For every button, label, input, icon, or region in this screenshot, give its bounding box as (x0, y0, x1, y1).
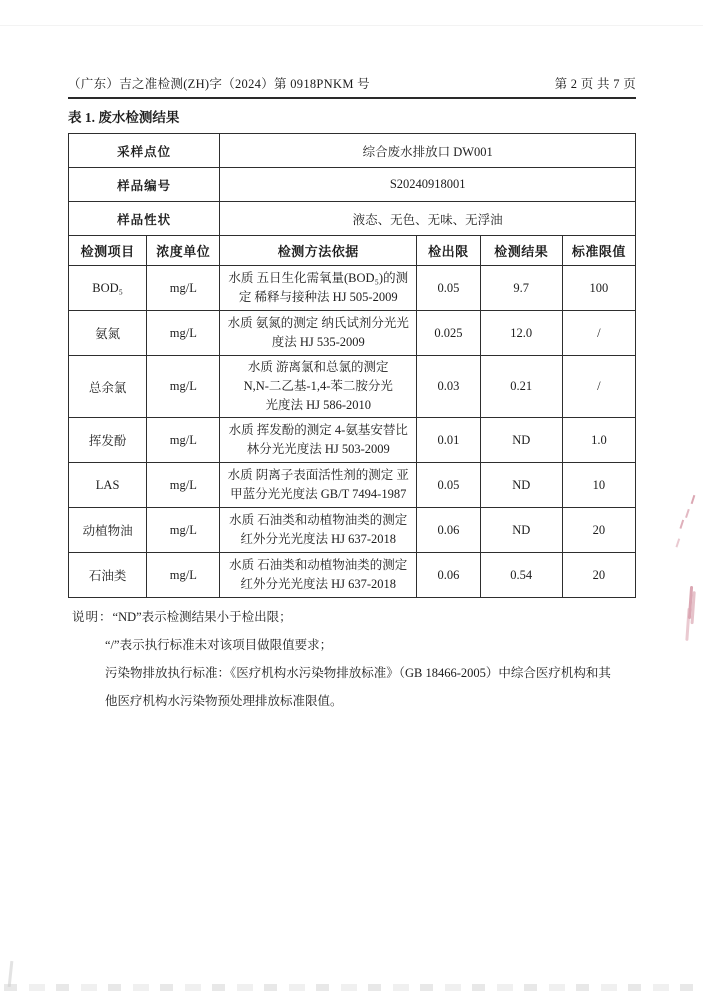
method-cell: 水质 石油类和动植物油类的测定 红外分光光度法 HJ 637-2018 (220, 508, 417, 553)
document-page: （广东）吉之准检测(ZH)字（2024）第 0918PNKM 号 第 2 页 共… (0, 0, 703, 993)
unit-cell: mg/L (147, 508, 220, 553)
note-line: 说明：“ND”表示检测结果小于检出限； (72, 603, 650, 631)
results-table: 采样点位 综合废水排放口 DW001 样品编号 S20240918001 样品性… (68, 133, 636, 598)
method-cell: 水质 游离氯和总氯的测定 N,N-二乙基-1,4-苯二胺分光 光度法 HJ 58… (220, 356, 417, 418)
detection-limit-cell: 0.03 (417, 356, 481, 418)
standard-limit-cell: 20 (562, 553, 635, 598)
result-cell: 0.21 (480, 356, 562, 418)
standard-limit-cell: / (562, 311, 635, 356)
standard-limit-cell: 10 (562, 463, 635, 508)
result-cell: ND (480, 463, 562, 508)
sample-info-row: 样品性状 液态、无色、无味、无浮油 (69, 202, 636, 236)
unit-cell: mg/L (147, 418, 220, 463)
result-cell: 9.7 (480, 266, 562, 311)
method-cell: 水质 石油类和动植物油类的测定 红外分光光度法 HJ 637-2018 (220, 553, 417, 598)
item-cell: 动植物油 (69, 508, 147, 553)
item-cell: BOD₅ (69, 266, 147, 311)
note-line: 污染物排放执行标准：《医疗机构水污染物排放标准》（GB 18466-2005）中… (72, 659, 650, 715)
scan-edge-noise (4, 984, 703, 991)
detection-limit-cell: 0.05 (417, 463, 481, 508)
result-row: 挥发酚 mg/L 水质 挥发酚的测定 4-氨基安替比 林分光光度法 HJ 503… (69, 418, 636, 463)
result-cell: 0.54 (480, 553, 562, 598)
sample-info-label: 样品编号 (69, 168, 220, 202)
item-cell: 总余氯 (69, 356, 147, 418)
result-row: 石油类 mg/L 水质 石油类和动植物油类的测定 红外分光光度法 HJ 637-… (69, 553, 636, 598)
result-cell: 12.0 (480, 311, 562, 356)
standard-limit-cell: 20 (562, 508, 635, 553)
table-title: 表 1. 废水检测结果 (68, 106, 179, 126)
detection-limit-cell: 0.05 (417, 266, 481, 311)
col-header-item: 检测项目 (69, 236, 147, 266)
detection-limit-cell: 0.06 (417, 508, 481, 553)
sample-info-row: 采样点位 综合废水排放口 DW001 (69, 134, 636, 168)
document-header: （广东）吉之准检测(ZH)字（2024）第 0918PNKM 号 第 2 页 共… (68, 74, 636, 92)
sample-info-value: 综合废水排放口 DW001 (220, 134, 636, 168)
method-cell: 水质 阴离子表面活性剂的测定 亚 甲蓝分光光度法 GB/T 7494-1987 (220, 463, 417, 508)
result-cell: ND (480, 508, 562, 553)
detection-limit-cell: 0.01 (417, 418, 481, 463)
col-header-unit: 浓度单位 (147, 236, 220, 266)
item-cell: 石油类 (69, 553, 147, 598)
notes-section: 说明：“ND”表示检测结果小于检出限； “/”表示执行标准未对该项目做限值要求；… (72, 603, 650, 715)
column-header-row: 检测项目 浓度单位 检测方法依据 检出限 检测结果 标准限值 (69, 236, 636, 266)
unit-cell: mg/L (147, 356, 220, 418)
item-cell: LAS (69, 463, 147, 508)
sample-info-row: 样品编号 S20240918001 (69, 168, 636, 202)
col-header-detection-limit: 检出限 (417, 236, 481, 266)
standard-limit-cell: / (562, 356, 635, 418)
item-cell: 氨氮 (69, 311, 147, 356)
sample-info-label: 采样点位 (69, 134, 220, 168)
note-text: “ND”表示检测结果小于检出限； (113, 610, 292, 624)
unit-cell: mg/L (147, 266, 220, 311)
note-line: “/”表示执行标准未对该项目做限值要求； (72, 631, 650, 659)
result-row: 动植物油 mg/L 水质 石油类和动植物油类的测定 红外分光光度法 HJ 637… (69, 508, 636, 553)
red-ink-mark (688, 586, 693, 619)
sample-info-label: 样品性状 (69, 202, 220, 236)
sample-info-value: S20240918001 (220, 168, 636, 202)
detection-limit-cell: 0.06 (417, 553, 481, 598)
notes-label: 说明： (72, 610, 113, 624)
red-ink-mark (691, 495, 696, 504)
col-header-standard-limit: 标准限值 (562, 236, 635, 266)
report-number: （广东）吉之准检测(ZH)字（2024）第 0918PNKM 号 (68, 74, 370, 92)
standard-limit-cell: 1.0 (562, 418, 635, 463)
detection-limit-cell: 0.025 (417, 311, 481, 356)
unit-cell: mg/L (147, 311, 220, 356)
result-row: 氨氮 mg/L 水质 氨氮的测定 纳氏试剂分光光 度法 HJ 535-2009 … (69, 311, 636, 356)
result-cell: ND (480, 418, 562, 463)
page-indicator: 第 2 页 共 7 页 (555, 74, 636, 92)
result-row: LAS mg/L 水质 阴离子表面活性剂的测定 亚 甲蓝分光光度法 GB/T 7… (69, 463, 636, 508)
result-row: 总余氯 mg/L 水质 游离氯和总氯的测定 N,N-二乙基-1,4-苯二胺分光 … (69, 356, 636, 418)
item-cell: 挥发酚 (69, 418, 147, 463)
method-cell: 水质 氨氮的测定 纳氏试剂分光光 度法 HJ 535-2009 (220, 311, 417, 356)
unit-cell: mg/L (147, 553, 220, 598)
method-cell: 水质 五日生化需氧量(BOD₅)的测 定 稀释与接种法 HJ 505-2009 (220, 266, 417, 311)
header-divider (68, 97, 636, 99)
result-row: BOD₅ mg/L 水质 五日生化需氧量(BOD₅)的测 定 稀释与接种法 HJ… (69, 266, 636, 311)
col-header-result: 检测结果 (480, 236, 562, 266)
method-cell: 水质 挥发酚的测定 4-氨基安替比 林分光光度法 HJ 503-2009 (220, 418, 417, 463)
scan-artifact-line (0, 25, 703, 26)
standard-limit-cell: 100 (562, 266, 635, 311)
col-header-method: 检测方法依据 (220, 236, 417, 266)
unit-cell: mg/L (147, 463, 220, 508)
sample-info-value: 液态、无色、无味、无浮油 (220, 202, 636, 236)
